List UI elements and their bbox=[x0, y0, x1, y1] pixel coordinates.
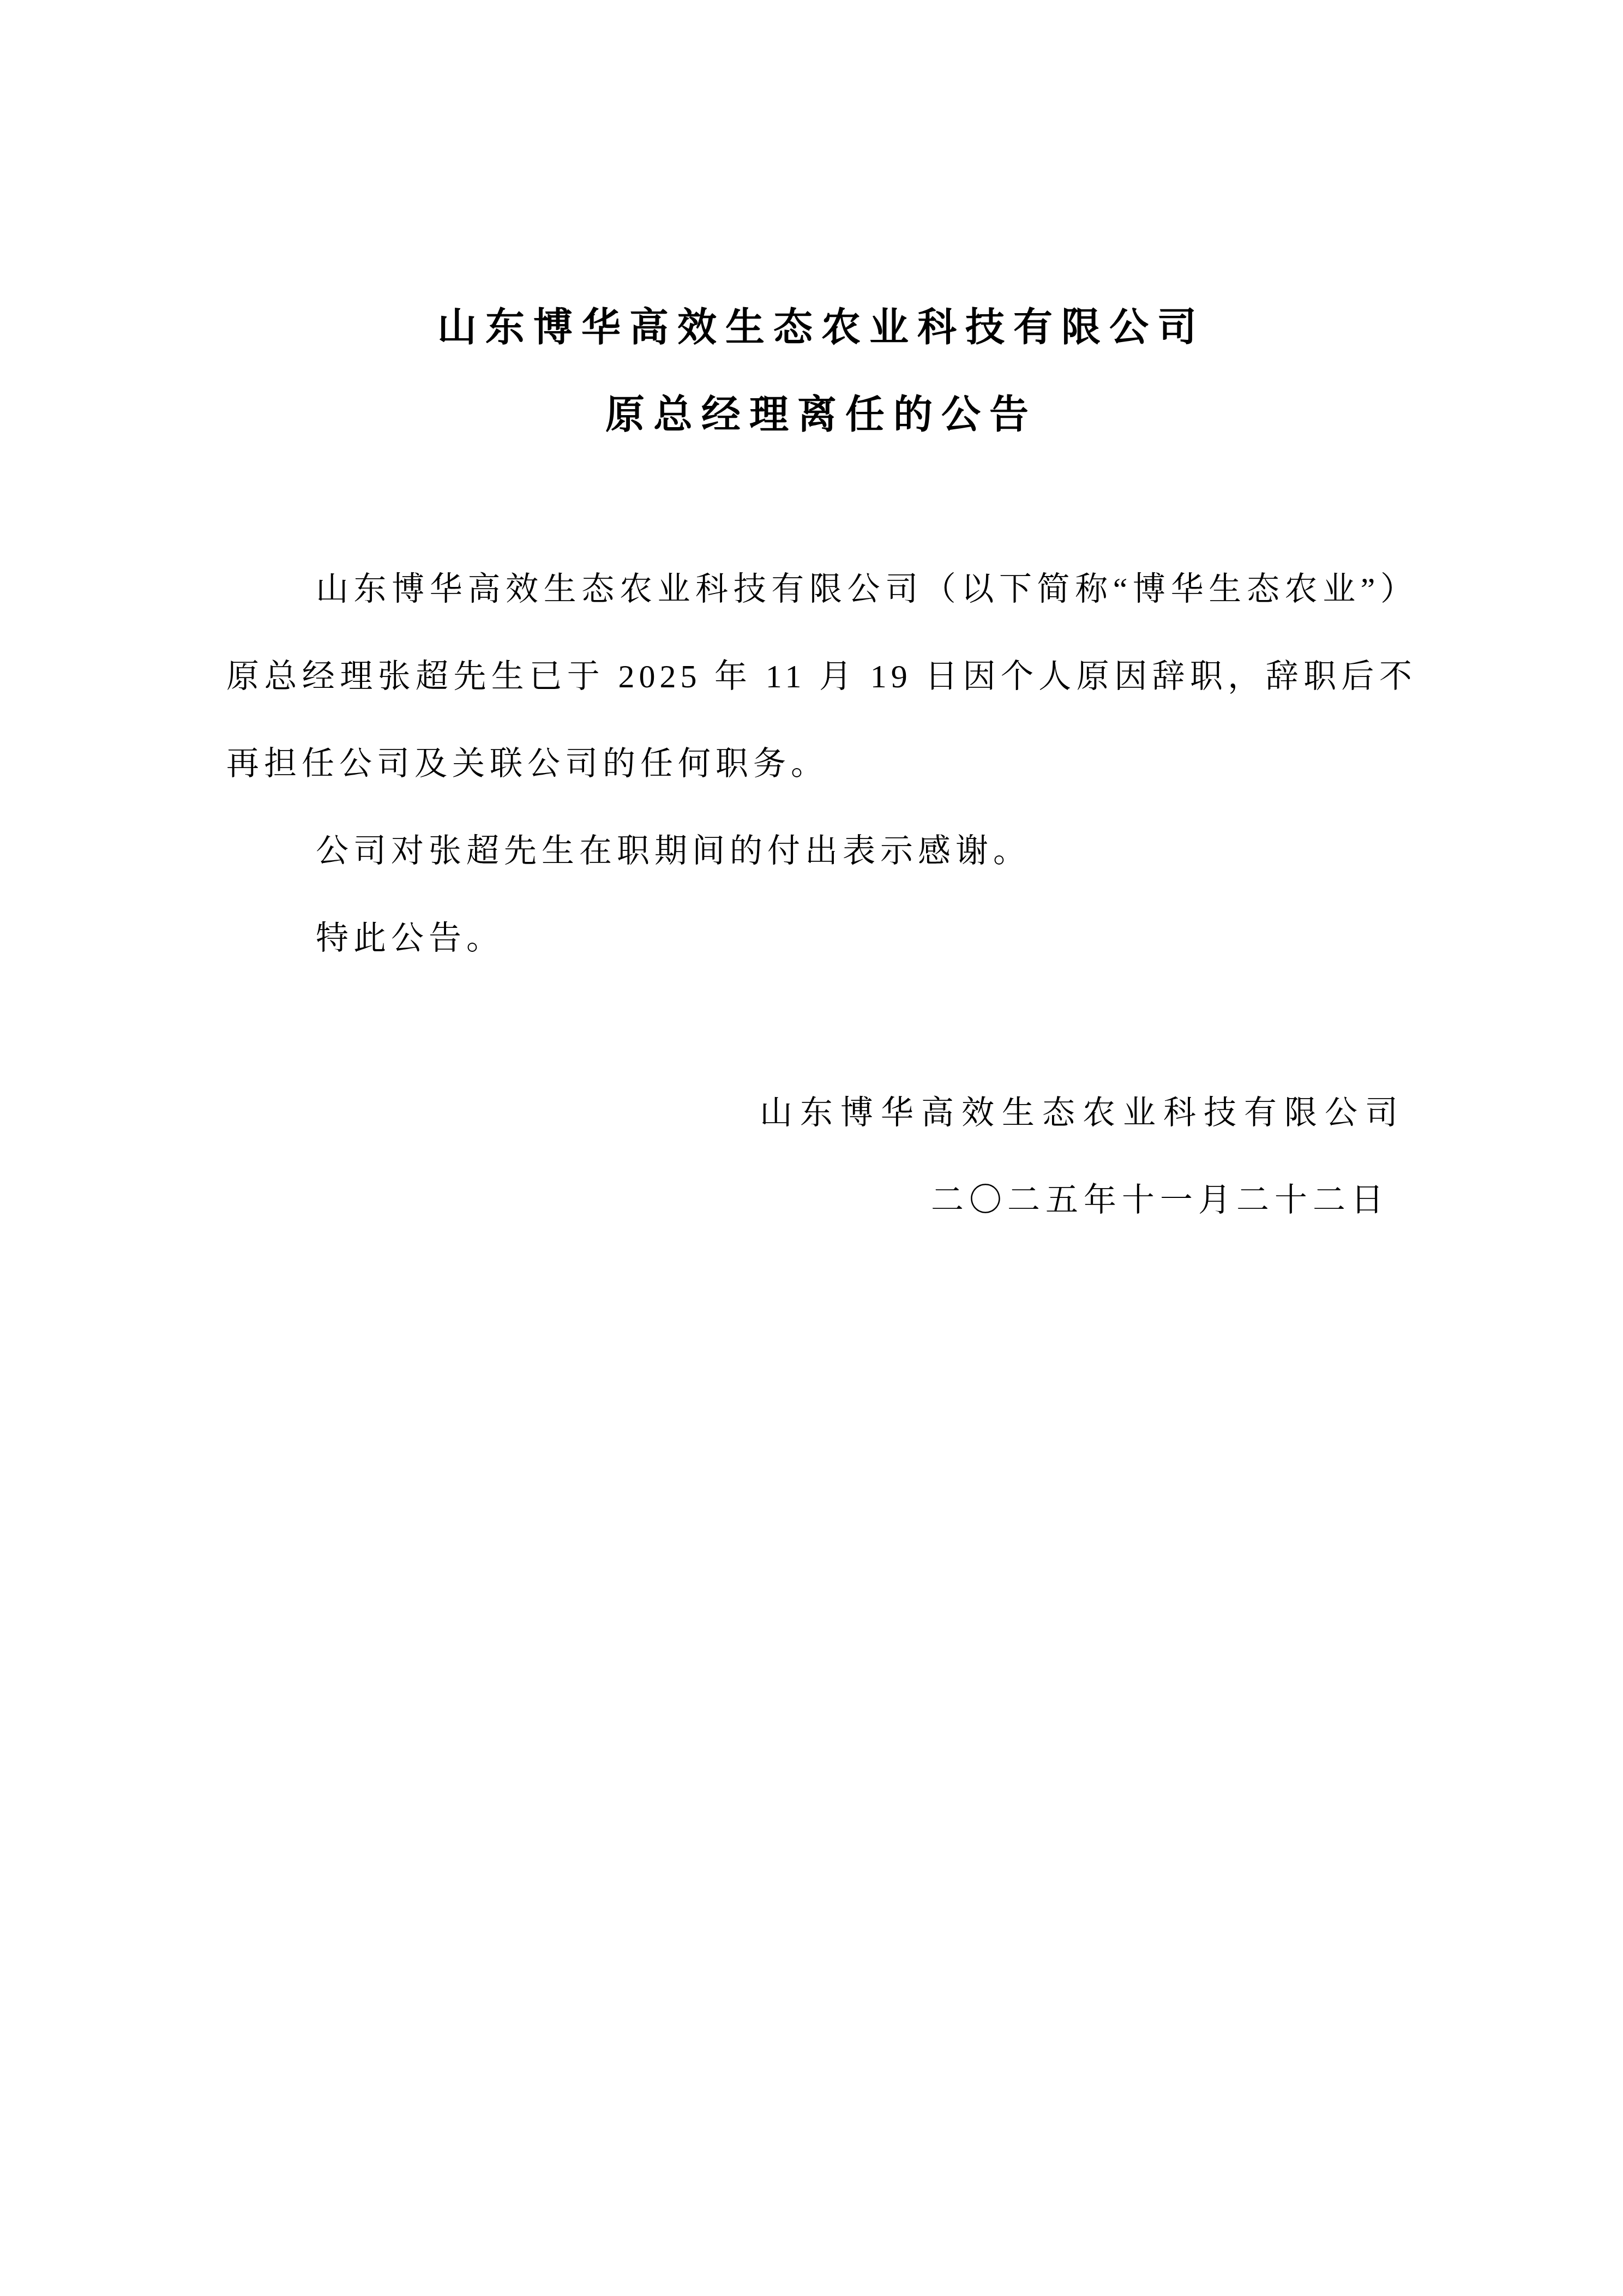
document-title-line1: 山东博华高效生态农业科技有限公司 bbox=[226, 284, 1416, 371]
document-content: 山东博华高效生态农业科技有限公司 原总经理离任的公告 山东博华高效生态农业科技有… bbox=[0, 0, 1623, 1244]
blank-line bbox=[226, 982, 1416, 1069]
document-page: 山东博华高效生态农业科技有限公司 原总经理离任的公告 山东博华高效生态农业科技有… bbox=[0, 0, 1623, 2296]
signature-company-name: 山东博华高效生态农业科技有限公司 bbox=[226, 1069, 1416, 1156]
blank-line bbox=[226, 458, 1416, 545]
paragraph1-line3: 再担任公司及关联公司的任何职务。 bbox=[226, 720, 1416, 807]
signature-date: 二〇二五年十一月二十二日 bbox=[226, 1156, 1416, 1244]
document-title-line2: 原总经理离任的公告 bbox=[226, 371, 1416, 458]
paragraph3-line: 特此公告。 bbox=[226, 895, 1416, 982]
paragraph2-line: 公司对张超先生在职期间的付出表示感谢。 bbox=[226, 807, 1416, 895]
paragraph1-line2: 原总经理张超先生已于 2025 年 11 月 19 日因个人原因辞职，辞职后不 bbox=[226, 633, 1416, 720]
paragraph1-line1: 山东博华高效生态农业科技有限公司（以下简称“博华生态农业”） bbox=[226, 545, 1416, 633]
